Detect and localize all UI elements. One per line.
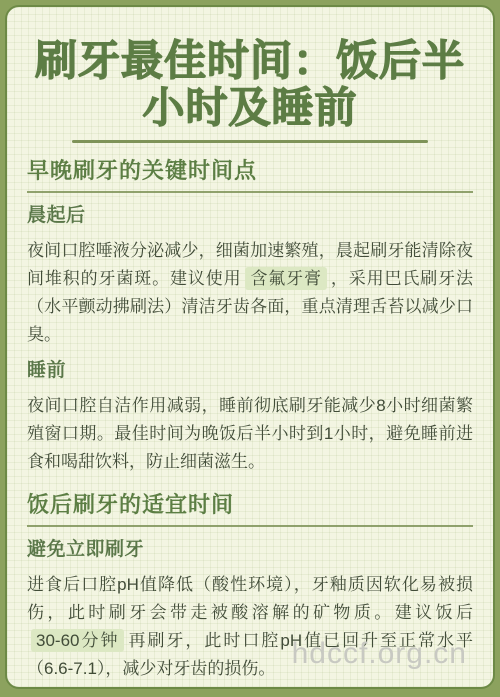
section-divider-2 [27, 525, 473, 527]
highlight-fluoride-toothpaste: 含氟牙膏 [245, 267, 326, 290]
info-card: 刷牙最佳时间：饭后半小时及睡前 早晚刷牙的关键时间点 晨起后 夜间口腔唾液分泌减… [5, 5, 495, 689]
watermark-text: hdccf.org.cn [292, 637, 467, 671]
section-divider-1 [27, 191, 473, 193]
subheading-after-waking: 晨起后 [27, 204, 473, 228]
paragraph-avoid-immediate-text-before: 进食后口腔pH值降低（酸性环境），牙釉质因软化易被损伤，此时刷牙会带走被酸溶解的… [27, 575, 473, 622]
page-title-line-2: 小时及睡前 [142, 84, 357, 131]
subheading-avoid-immediate-brushing: 避免立即刷牙 [27, 538, 473, 562]
page-title-line-1: 刷牙最佳时间：饭后半 [35, 37, 465, 84]
subheading-before-sleep: 睡前 [27, 359, 473, 383]
section-morning-evening: 早晚刷牙的关键时间点 晨起后 夜间口腔唾液分泌减少，细菌加速繁殖，晨起刷牙能清除… [27, 158, 473, 476]
paragraph-before-sleep-text: 夜间口腔自洁作用减弱，睡前彻底刷牙能减少8小时细菌繁殖窗口期。最佳时间为晚饭后半… [27, 396, 473, 471]
highlight-30-60-minutes: 30-60分钟 [31, 629, 124, 652]
page-title: 刷牙最佳时间：饭后半小时及睡前 [27, 37, 473, 131]
section-heading-after-meals: 饭后刷牙的适宜时间 [27, 492, 473, 518]
title-underline-divider [72, 140, 428, 143]
paragraph-before-sleep: 夜间口腔自洁作用减弱，睡前彻底刷牙能减少8小时细菌繁殖窗口期。最佳时间为晚饭后半… [27, 392, 473, 476]
section-heading-key-times: 早晚刷牙的关键时间点 [27, 158, 473, 184]
paragraph-after-waking: 夜间口腔唾液分泌减少，细菌加速繁殖，晨起刷牙能清除夜间堆积的牙菌斑。建议使用含氟… [27, 237, 473, 349]
